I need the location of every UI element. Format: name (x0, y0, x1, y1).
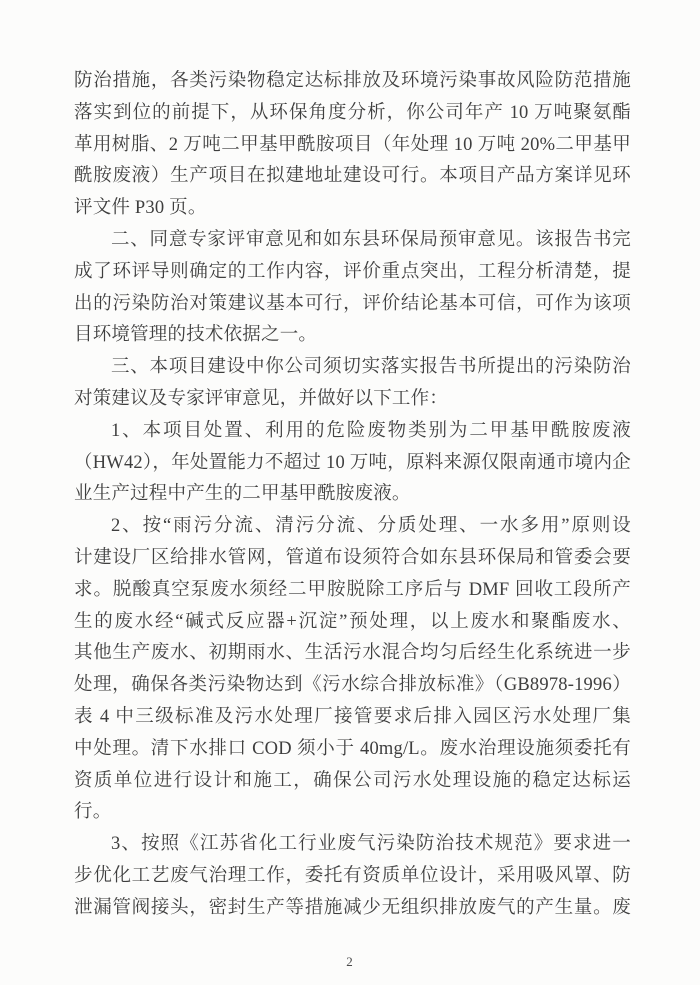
text-line: 计建设厂区给排水管网，管道布设须符合如东县环保局和管委会要 (74, 543, 631, 575)
text-line: 出的污染防治对策建议基本可行，评价结论基本可信，可作为该项 (74, 289, 631, 321)
text-line: 对策建议及专家评审意见，并做好以下工作： (74, 384, 631, 416)
text-line: 生的废水经“碱式反应器+沉淀”预处理，以上废水和聚酯废水、 (74, 607, 631, 639)
text-line: 成了环评导则确定的工作内容，评价重点突出，工程分析清楚，提 (74, 257, 631, 289)
text-line: 求。脱酸真空泵废水须经二甲胺脱除工序后与 DMF 回收工段所产 (74, 575, 631, 607)
document-body: 防治措施，各类污染物稳定达标排放及环境污染事故风险防范措施 落实到位的前提下，从… (74, 66, 631, 925)
text-line: 中处理。清下水排口 COD 须小于 40mg/L。废水治理设施须委托有 (74, 734, 631, 766)
text-line: 1、本项目处置、利用的危险废物类别为二甲基甲酰胺废液 (74, 416, 631, 448)
text-line: 革用树脂、2 万吨二甲基甲酰胺项目（年处理 10 万吨 20%二甲基甲 (74, 130, 631, 162)
text-line: 目环境管理的技术依据之一。 (74, 320, 631, 352)
text-line: 资质单位进行设计和施工，确保公司污水处理设施的稳定达标运 (74, 766, 631, 798)
text-line: 行。 (74, 797, 631, 829)
scanned-document-page: 防治措施，各类污染物稳定达标排放及环境污染事故风险防范措施 落实到位的前提下，从… (0, 0, 700, 985)
text-line: 三、本项目建设中你公司须切实落实报告书所提出的污染防治 (74, 352, 631, 384)
text-line: 其他生产废水、初期雨水、生活污水混合均匀后经生化系统进一步 (74, 638, 631, 670)
text-line: 业生产过程中产生的二甲基甲酰胺废液。 (74, 479, 631, 511)
text-line: 处理，确保各类污染物达到《污水综合排放标准》（GB8978-1996） (74, 670, 631, 702)
text-line: 表 4 中三级标准及污水处理厂接管要求后排入园区污水处理厂集 (74, 702, 631, 734)
text-line: 防治措施，各类污染物稳定达标排放及环境污染事故风险防范措施 (74, 66, 631, 98)
text-line: 2、按“雨污分流、清污分流、分质处理、一水多用”原则设 (74, 511, 631, 543)
text-line: 二、同意专家评审意见和如东县环保局预审意见。该报告书完 (74, 225, 631, 257)
text-line: 评文件 P30 页。 (74, 193, 631, 225)
text-line: 3、按照《江苏省化工行业废气污染防治技术规范》要求进一 (74, 829, 631, 861)
text-line: 落实到位的前提下，从环保角度分析，你公司年产 10 万吨聚氨酯 (74, 98, 631, 130)
page-number: 2 (0, 954, 700, 970)
text-line: 步优化工艺废气治理工作，委托有资质单位设计，采用吸风罩、防 (74, 861, 631, 893)
text-line: 酰胺废液）生产项目在拟建地址建设可行。本项目产品方案详见环 (74, 161, 631, 193)
text-line: 泄漏管阀接头，密封生产等措施减少无组织排放废气的产生量。废 (74, 893, 631, 925)
text-line: （HW42），年处置能力不超过 10 万吨，原料来源仅限南通市境内企 (74, 448, 631, 480)
